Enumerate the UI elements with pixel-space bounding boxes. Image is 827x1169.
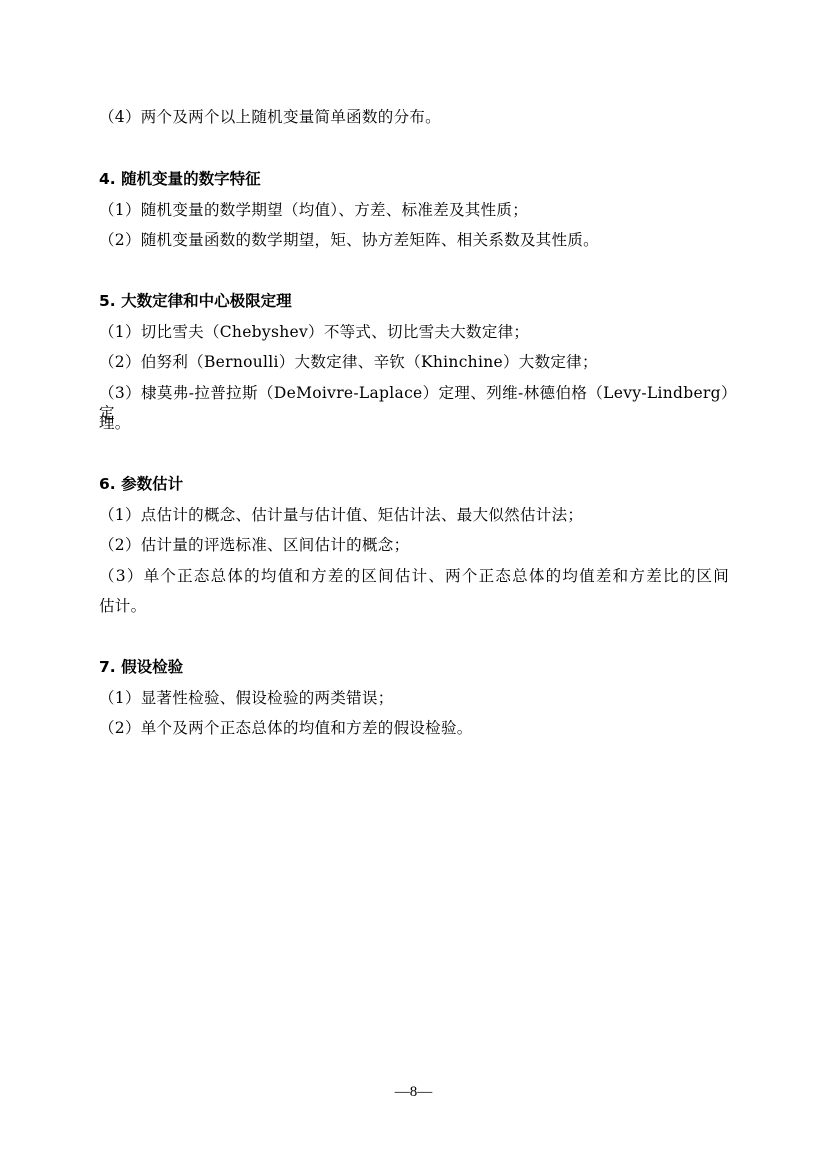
list-item: （2）随机变量函数的数学期望，矩、协方差矩阵、相关系数及其性质。	[99, 230, 599, 250]
list-item: （1）切比雪夫（Chebyshev）不等式、切比雪夫大数定律；	[99, 322, 529, 342]
page-number: —8—	[0, 1084, 827, 1101]
list-item: （3）棣莫弗-拉普拉斯（DeMoivre-Laplace）定理、列维-林德伯格（…	[99, 383, 729, 423]
list-item: （1）显著性检验、假设检验的两类错误；	[99, 688, 394, 708]
list-item: （2）伯努利（Bernoulli）大数定律、辛钦（Khinchine）大数定律；	[99, 352, 598, 372]
section-heading-6: 6. 参数估计	[99, 474, 183, 494]
section-heading-4: 4. 随机变量的数字特征	[99, 169, 261, 189]
continuation-item: （4）两个及两个以上随机变量简单函数的分布。	[99, 107, 441, 127]
list-item-continuation: 理。	[99, 413, 131, 433]
list-item: （2）估计量的评选标准、区间估计的概念；	[99, 535, 409, 555]
list-item: （1）点估计的概念、估计量与估计值、矩估计法、最大似然估计法；	[99, 505, 583, 525]
section-heading-7: 7. 假设检验	[99, 657, 183, 677]
list-item: （3）单个正态总体的均值和方差的区间估计、两个正态总体的均值差和方差比的区间	[99, 566, 729, 586]
section-heading-5: 5. 大数定律和中心极限定理	[99, 291, 292, 311]
list-item-continuation: 估计。	[99, 596, 146, 616]
list-item: （2）单个及两个正态总体的均值和方差的假设检验。	[99, 718, 473, 738]
document-page: （4）两个及两个以上随机变量简单函数的分布。 4. 随机变量的数字特征 （1）随…	[0, 0, 827, 1169]
list-item: （1）随机变量的数学期望（均值）、方差、标准差及其性质；	[99, 200, 528, 220]
